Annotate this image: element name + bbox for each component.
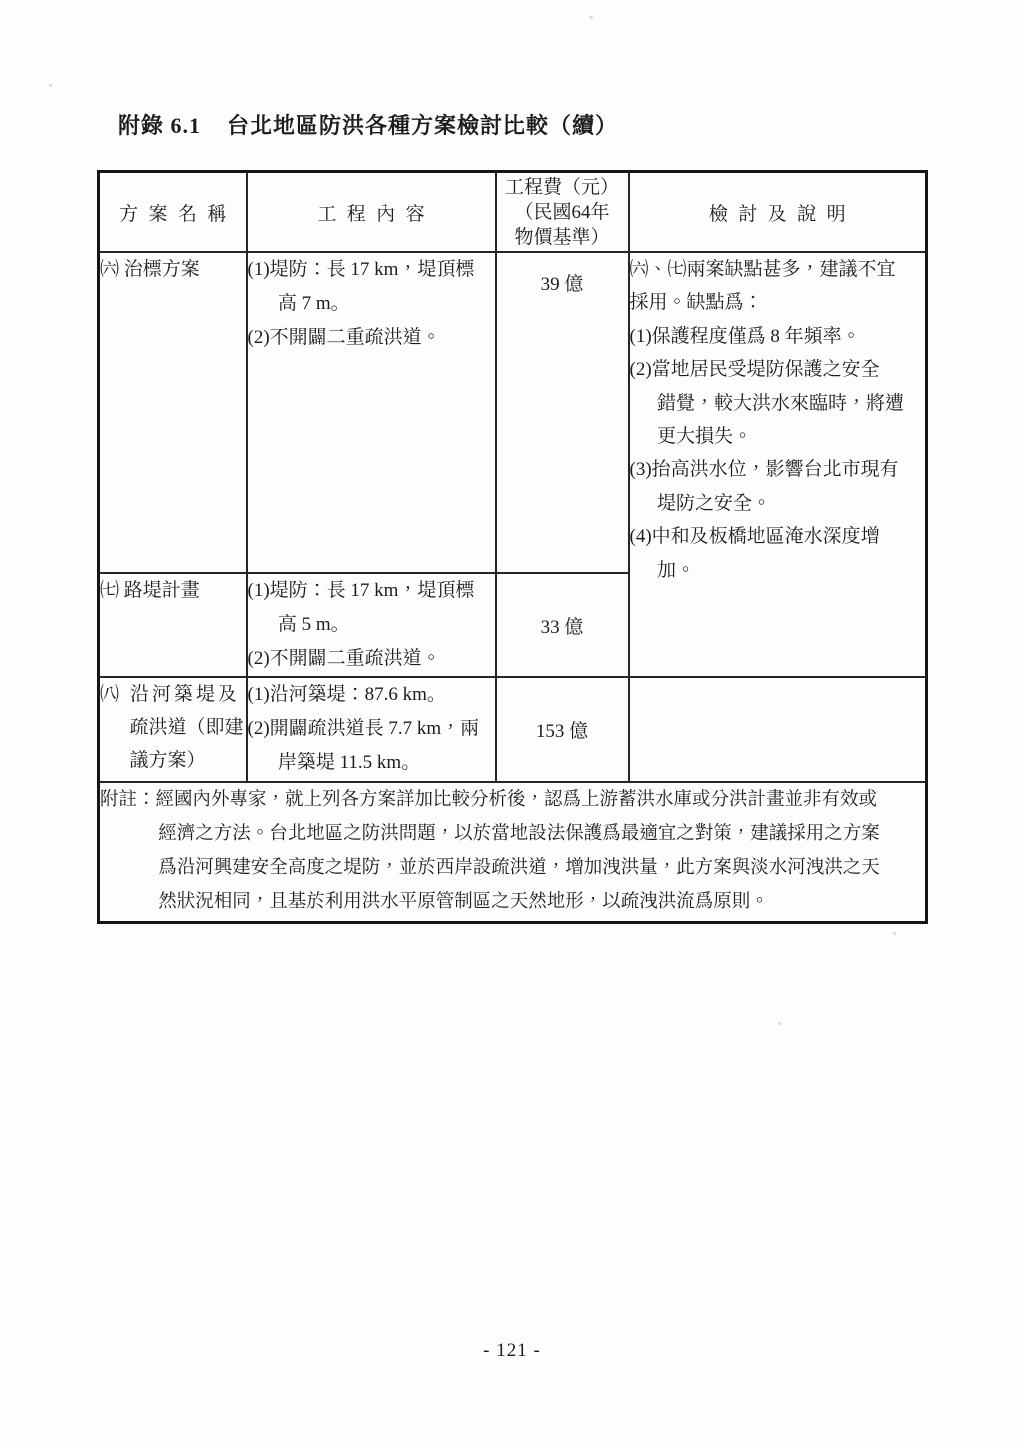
review-cell: ㈥、㈦兩案缺點甚多，建議不宜 採用。缺點爲： (1)保護程度僅爲 8 年頻率。 … (629, 252, 927, 677)
page-title: 附錄 6.1台北地區防洪各種方案檢討比較（續） (118, 109, 618, 140)
review-cell-empty (629, 677, 927, 782)
scan-speck (49, 84, 52, 87)
table-header-row: 方案名稱 工程內容 工程費（元） （民國64年 物價基準） 檢討及說明 (99, 172, 927, 253)
appendix-title-text: 台北地區防洪各種方案檢討比較（續） (227, 113, 618, 138)
note-line: 經濟之方法。台北地區之防洪問題，以於當地設法保護爲最適宜之對策，建議採用之方案 (100, 817, 925, 851)
scan-speck (893, 932, 896, 935)
note-line: 爲沿河興建安全高度之堤防，並於西岸設疏洪道，增加洩洪量，此方案與淡水河洩洪之天 (100, 851, 925, 885)
header-work-content: 工程內容 (247, 172, 496, 253)
header-cost: 工程費（元） （民國64年 物價基準） (496, 172, 629, 253)
work-content-cell: (1)堤防：長 17 km，堤頂標 高 5 m。 (2)不開闢二重疏洪道。 (247, 573, 496, 677)
work-content-cell: (1)沿河築堤：87.6 km。 (2)開闢疏洪道長 7.7 km，兩 岸築堤 … (247, 677, 496, 782)
work-content-cell: (1)堤防：長 17 km，堤頂標 高 7 m。 (2)不開闢二重疏洪道。 (247, 252, 496, 573)
header-plan-name: 方案名稱 (99, 172, 247, 253)
cost-cell: 33 億 (496, 573, 629, 677)
cost-cell: 39 億 (496, 252, 629, 573)
plan-name-cell: ㈦ 路堤計畫 (99, 573, 247, 677)
note-cell: 附註：經國內外專家，就上列各方案詳加比較分析後，認爲上游蓄洪水庫或分洪計畫並非有… (99, 782, 927, 922)
note-label: 附註： (100, 790, 156, 810)
note-line: 經國內外專家，就上列各方案詳加比較分析後，認爲上游蓄洪水庫或分洪計畫並非有效或 (156, 790, 878, 810)
plan-name-cell: ㈧ 沿河築堤及 疏洪道（即建 議方案） (99, 677, 247, 782)
table-row-plan-eight: ㈧ 沿河築堤及 疏洪道（即建 議方案） (1)沿河築堤：87.6 km。 (2)… (99, 677, 927, 782)
appendix-number: 附錄 6.1 (118, 113, 201, 138)
note-line: 然狀況相同，且基於利用洪水平原管制區之天然地形，以疏洩洪流爲原則。 (100, 885, 925, 919)
comparison-table: 方案名稱 工程內容 工程費（元） （民國64年 物價基準） 檢討及說明 ㈥ 治標… (97, 170, 928, 924)
plan-name-cell: ㈥ 治標方案 (99, 252, 247, 573)
header-review: 檢討及說明 (629, 172, 927, 253)
table-container: 方案名稱 工程內容 工程費（元） （民國64年 物價基準） 檢討及說明 ㈥ 治標… (97, 170, 928, 924)
table-row-plan-six: ㈥ 治標方案 (1)堤防：長 17 km，堤頂標 高 7 m。 (2)不開闢二重… (99, 252, 927, 573)
scan-speck (778, 1022, 781, 1025)
cost-cell: 153 億 (496, 677, 629, 782)
scan-speck (589, 16, 593, 19)
table-note-row: 附註：經國內外專家，就上列各方案詳加比較分析後，認爲上游蓄洪水庫或分洪計畫並非有… (99, 782, 927, 922)
document-page: 附錄 6.1台北地區防洪各種方案檢討比較（續） 方案名稱 工程內容 工程費（元）… (0, 0, 1024, 1443)
page-number: - 121 - (0, 1340, 1024, 1362)
